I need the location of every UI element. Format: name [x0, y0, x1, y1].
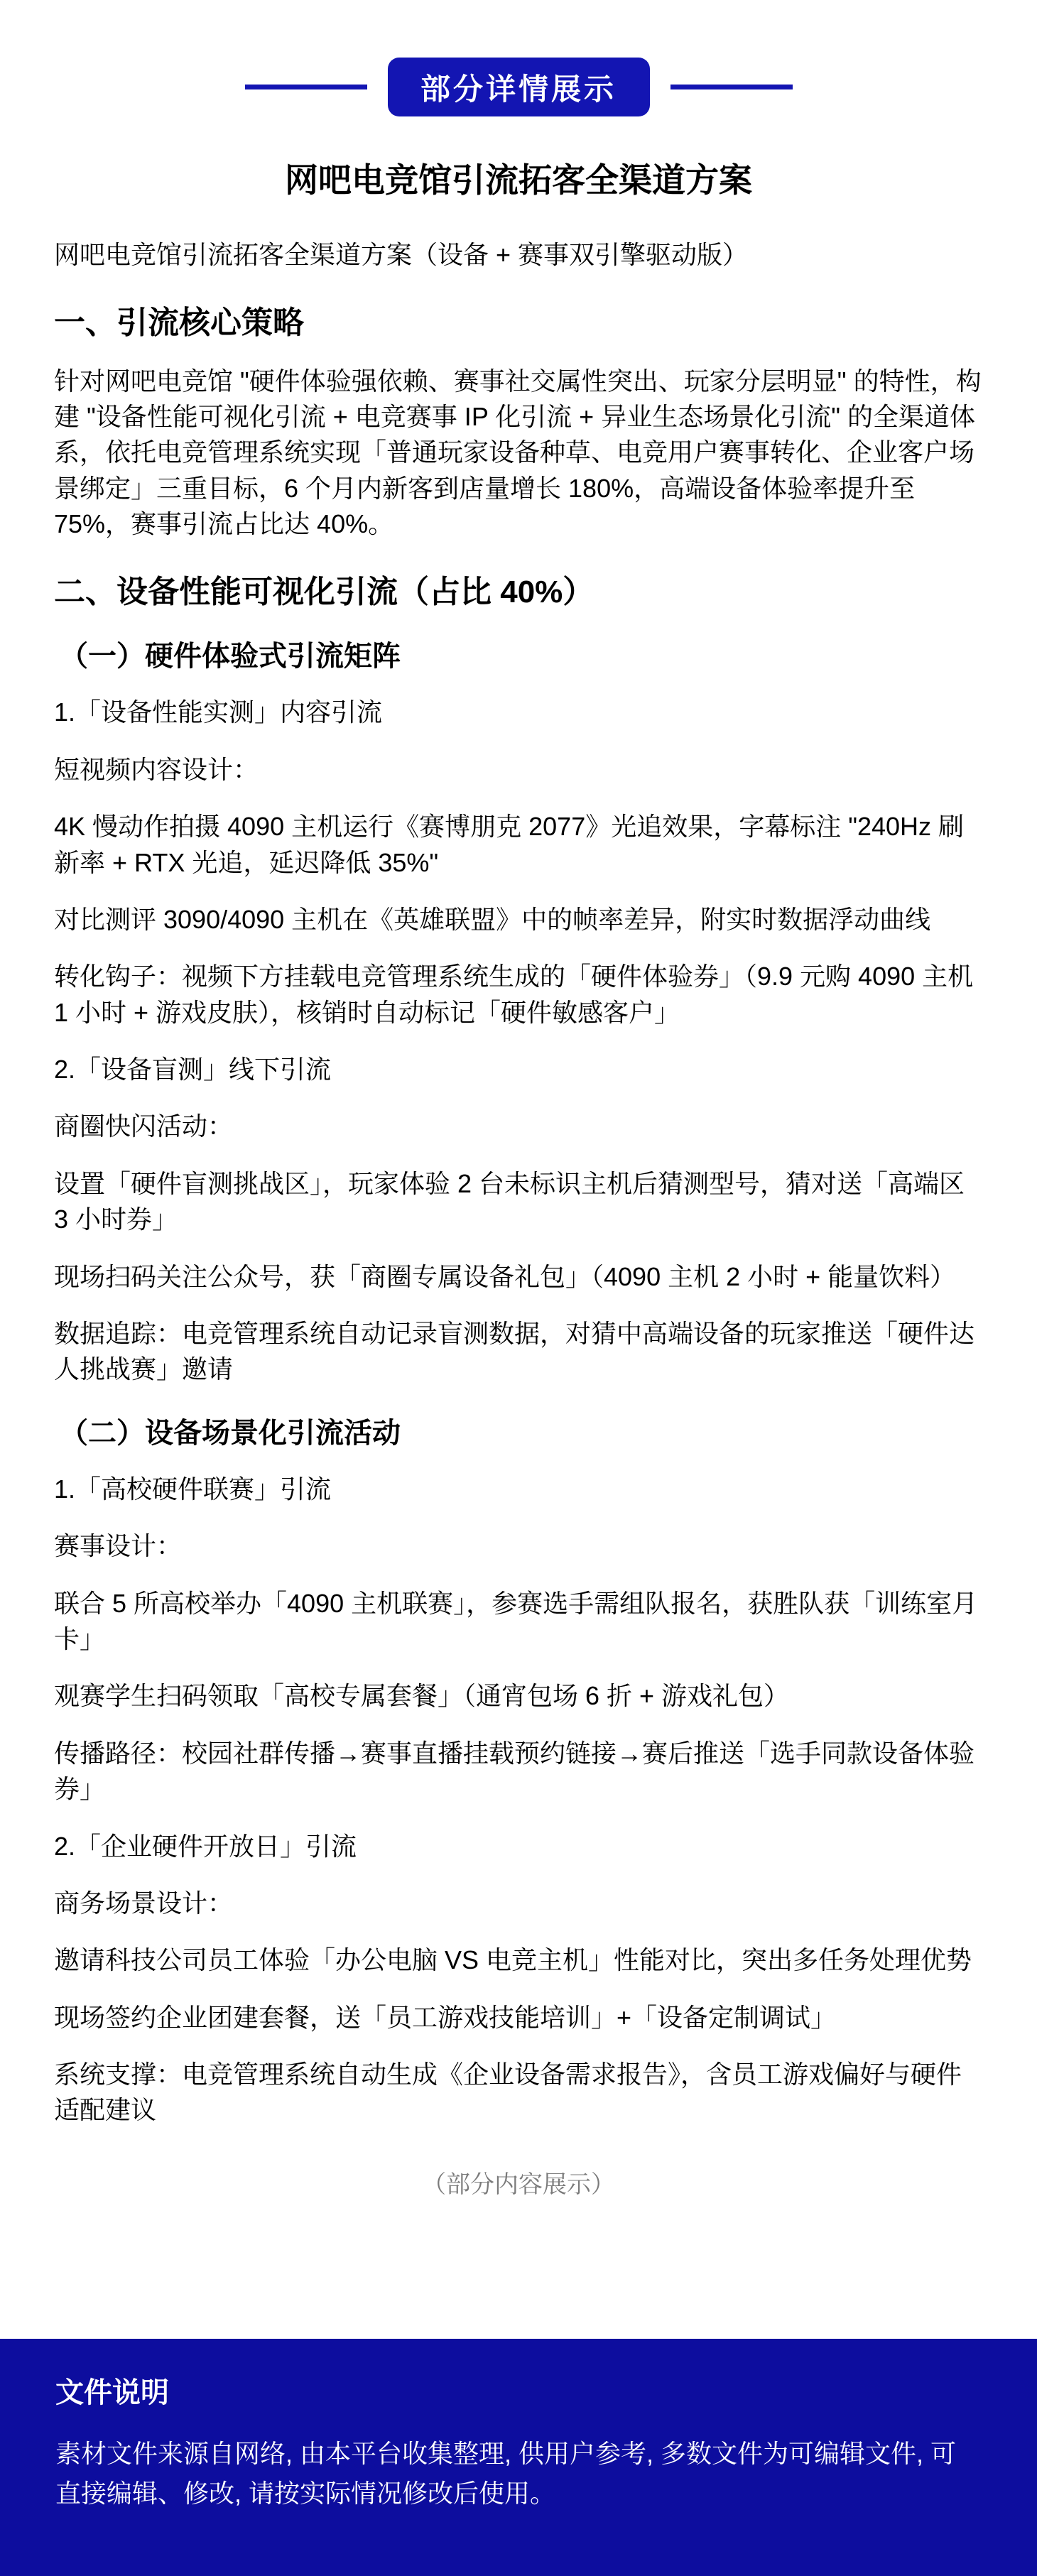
document-body: 网吧电竞馆引流拓客全渠道方案（设备 + 赛事双引擎驱动版）一、引流核心策略针对网… [0, 237, 1037, 2202]
paragraph: 邀请科技公司员工体验「办公电脑 VS 电竞主机」性能对比，突出多任务处理优势 [54, 1942, 983, 1978]
doc-subtitle: 网吧电竞馆引流拓客全渠道方案（设备 + 赛事双引擎驱动版） [54, 237, 983, 273]
paragraph: 2.「设备盲测」线下引流 [54, 1052, 983, 1087]
paragraph: 设置「硬件盲测挑战区」，玩家体验 2 台未标识主机后猜测型号，猜对送「高端区 3… [54, 1166, 983, 1238]
section-heading: 一、引流核心策略 [54, 305, 983, 342]
banner-dash-left [245, 85, 367, 89]
paragraph: 商务场景设计： [54, 1886, 983, 1921]
paragraph: 短视频内容设计： [54, 752, 983, 788]
detail-badge: 部分详情展示 [388, 58, 650, 116]
detail-badge-label: 部分详情展示 [420, 66, 617, 109]
paragraph: 2.「企业硬件开放日」引流 [54, 1829, 983, 1864]
document-preview: 部分详情展示 网吧电竞馆引流拓客全渠道方案 网吧电竞馆引流拓客全渠道方案（设备 … [0, 0, 1037, 2339]
paragraph: 数据追踪：电竞管理系统自动记录盲测数据，对猜中高端设备的玩家推送「硬件达人挑战赛… [54, 1316, 983, 1388]
paragraph: 观赛学生扫码领取「高校专属套餐」（通宵包场 6 折 + 游戏礼包） [54, 1678, 983, 1714]
footer: 文件说明 素材文件来源自网络, 由本平台收集整理, 供用户参考, 多数文件为可编… [0, 2339, 1037, 2576]
banner: 部分详情展示 [0, 58, 1037, 116]
sub-heading: （一）硬件体验式引流矩阵 [54, 639, 983, 673]
paragraph: 转化钩子：视频下方挂载电竞管理系统生成的「硬件体验券」（9.9 元购 4090 … [54, 959, 983, 1031]
paragraph: 联合 5 所高校举办「4090 主机联赛」，参赛选手需组队报名，获胜队获「训练室… [54, 1586, 983, 1658]
partial-note: （部分内容展示） [54, 2168, 983, 2202]
paragraph: 对比测评 3090/4090 主机在《英雄联盟》中的帧率差异，附实时数据浮动曲线 [54, 902, 983, 938]
paragraph: 赛事设计： [54, 1528, 983, 1564]
paragraph: 现场扫码关注公众号，获「商圈专属设备礼包」（4090 主机 2 小时 + 能量饮… [54, 1259, 983, 1295]
paragraph: 1.「设备性能实测」内容引流 [54, 695, 983, 730]
paragraph: 系统支撑：电竞管理系统自动生成《企业设备需求报告》，含员工游戏偏好与硬件适配建议 [54, 2057, 983, 2129]
paragraph: 现场签约企业团建套餐，送「员工游戏技能培训」+「设备定制调试」 [54, 2000, 983, 2036]
page-title: 网吧电竞馆引流拓客全渠道方案 [0, 161, 1037, 200]
footer-description: 素材文件来源自网络, 由本平台收集整理, 供用户参考, 多数文件为可编辑文件, … [55, 2434, 982, 2513]
banner-dash-right [670, 85, 793, 89]
section-heading: 二、设备性能可视化引流（占比 40%） [54, 574, 983, 612]
paragraph: 传播路径：校园社群传播→赛事直播挂载预约链接→赛后推送「选手同款设备体验券」 [54, 1736, 983, 1808]
footer-title: 文件说明 [55, 2376, 982, 2410]
paragraph: 1.「高校硬件联赛」引流 [54, 1472, 983, 1507]
paragraph: 4K 慢动作拍摄 4090 主机运行《赛博朋克 2077》光追效果，字幕标注 "… [54, 809, 983, 881]
paragraph: 商圈快闪活动： [54, 1109, 983, 1144]
paragraph: 针对网吧电竞馆 "硬件体验强依赖、赛事社交属性突出、玩家分层明显" 的特性，构建… [54, 364, 983, 543]
sub-heading: （二）设备场景化引流活动 [54, 1416, 983, 1450]
page: 部分详情展示 网吧电竞馆引流拓客全渠道方案 网吧电竞馆引流拓客全渠道方案（设备 … [0, 0, 1037, 2576]
